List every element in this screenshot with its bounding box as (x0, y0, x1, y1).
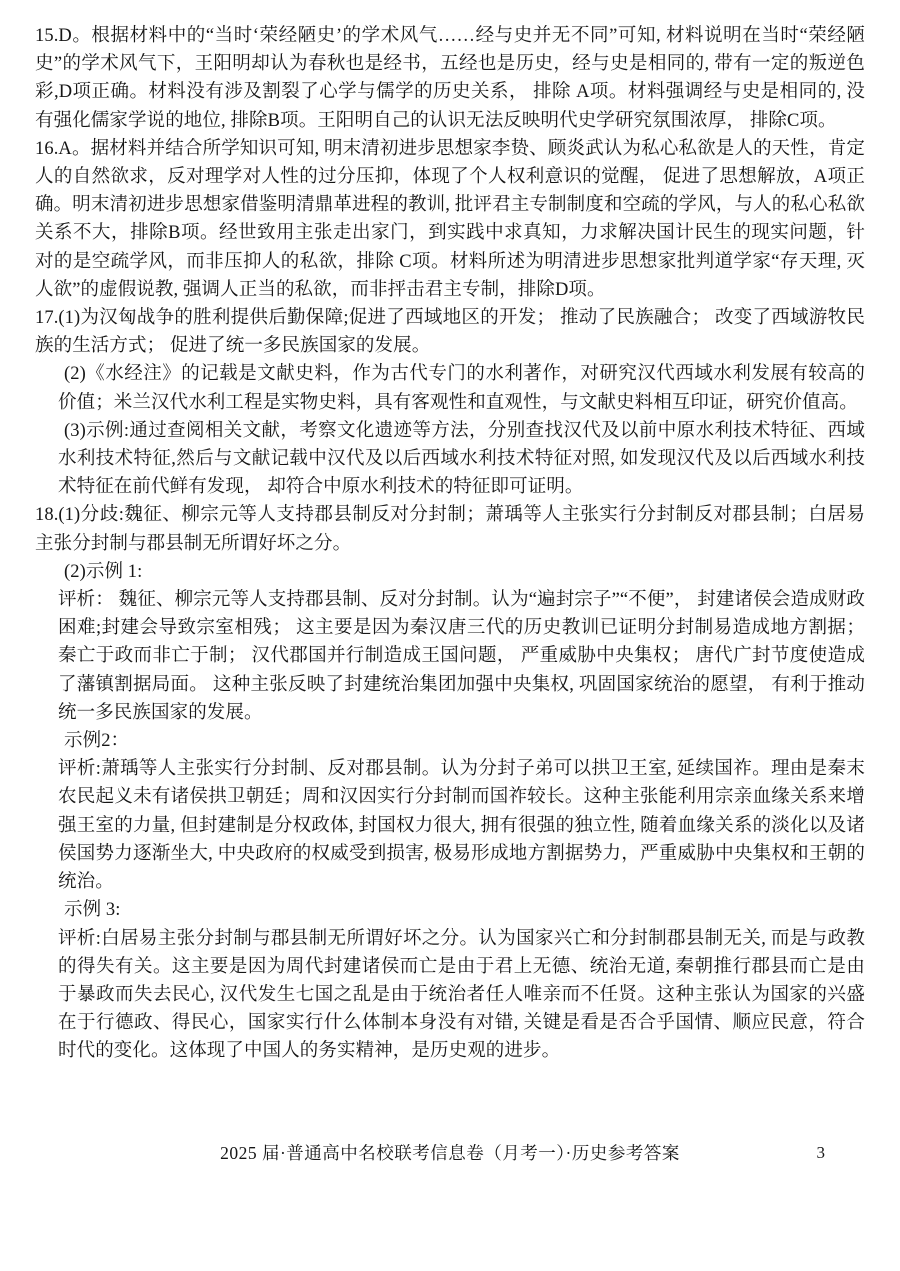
answer-18-2-example-3: 评析:白居易主张分封制与郡县制无所谓好坏之分。认为国家兴亡和分封制郡县制无关, … (58, 925, 865, 1066)
page-number: 3 (817, 1138, 826, 1168)
answer-paragraph-17-2: (2)《水经注》的记载是文献史料，作为古代专门的水利著作，对研究汉代西域水利发展… (58, 360, 865, 416)
answer-18-2-example-1: 评析： 魏征、柳宗元等人支持郡县制、反对分封制。认为“遍封宗子”“不便”， 封建… (58, 586, 865, 727)
answers-body: 15.D。根据材料中的“当时‘荣经陋史’的学术风气……经与史并无不同”可知, 材… (35, 22, 865, 1066)
answer-18-2-example-2: 评析:萧瑀等人主张实行分封制、反对郡县制。认为分封子弟可以拱卫王室, 延续国祚。… (58, 755, 865, 896)
answer-paragraph-17-1: 17.(1)为汉匈战争的胜利提供后勤保障;促进了西域地区的开发； 推动了民族融合… (35, 304, 865, 360)
answer-paragraph-16: 16.A。据材料并结合所学知识可知, 明末清初进步思想家李贽、顾炎武认为私心私欲… (35, 135, 865, 304)
answer-paragraph-18-1: 18.(1)分歧:魏征、柳宗元等人支持郡县制反对分封制；萧瑀等人主张实行分封制反… (35, 501, 865, 557)
answer-paragraph-15: 15.D。根据材料中的“当时‘荣经陋史’的学术风气……经与史并无不同”可知, 材… (35, 22, 865, 135)
page-footer: 2025 届·普通高中名校联考信息卷（月考一）·历史参考答案 3 (35, 1138, 865, 1168)
answer-sheet-page: 15.D。根据材料中的“当时‘荣经陋史’的学术风气……经与史并无不同”可知, 材… (0, 0, 900, 1271)
answer-18-example-3-header: 示例 3: (58, 896, 865, 924)
answer-paragraph-17-3: (3)示例:通过查阅相关文献，考察文化遗迹等方法，分别查找汉代及以前中原水利技术… (58, 417, 865, 502)
answer-18-2-header: (2)示例 1: (58, 558, 865, 586)
footer-title: 2025 届·普通高中名校联考信息卷（月考一）·历史参考答案 (35, 1138, 865, 1168)
answer-18-example-2-header: 示例2： (58, 727, 865, 755)
